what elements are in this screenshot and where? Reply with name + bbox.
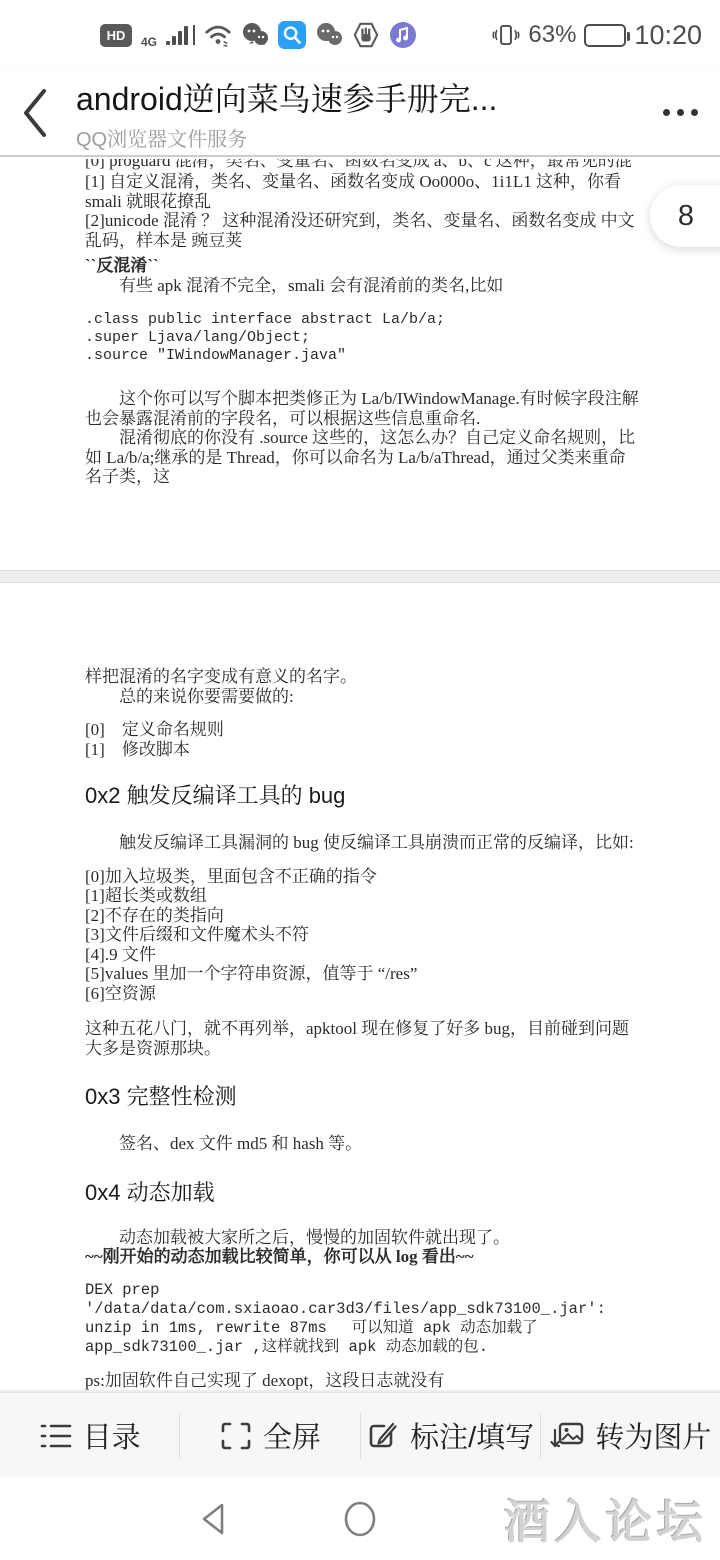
header-texts: android逆向菜鸟速参手册完... QQ浏览器文件服务: [70, 74, 640, 152]
paragraph: 动态加载被大家所之后，慢慢的加固软件就出现了。: [85, 1228, 642, 1248]
chevron-left-icon: [18, 85, 52, 141]
toolbar-annotate-button[interactable]: 标注/填写: [361, 1393, 540, 1478]
toolbar-toc-button[interactable]: 目录: [0, 1393, 179, 1478]
list-item: [3]文件后缀和文件魔术头不符: [85, 925, 642, 945]
applock-hexagon-hand-icon: [352, 21, 380, 49]
clipped-line-top: [0] proguard 混淆，类名、变量名、函数名变成 a、b、c 这种，最常…: [85, 159, 642, 172]
document-page-1: [0] proguard 混淆，类名、变量名、函数名变成 a、b、c 这种，最常…: [0, 155, 720, 570]
status-bar: HD 4G: [0, 0, 720, 70]
battery-percent: 63%: [528, 21, 576, 49]
music-icon: [389, 21, 417, 49]
paragraph: 有些 apk 混淆不完全，smali 会有混淆前的类名,比如: [85, 276, 642, 296]
wechat-icon-2: [315, 21, 343, 49]
list-item: [0]加入垃圾类，里面包含不正确的指令: [85, 867, 642, 887]
paragraph: 这个你可以写个脚本把类修正为 La/b/IWindowManage.有时候字段注…: [85, 389, 642, 428]
dot: [663, 109, 670, 116]
toc-icon: [39, 1420, 73, 1452]
section-heading-0x3: 0x3 完整性检测: [85, 1084, 642, 1110]
paragraph: 总的来说你要需要做的:: [85, 687, 642, 707]
toolbar-fullscreen-button[interactable]: 全屏: [180, 1393, 359, 1478]
paragraph: [1] 自定义混淆，类名、变量名、函数名变成 Oo000o、1i1L1 这种，你…: [85, 172, 642, 211]
battery-icon: [584, 24, 626, 47]
status-bar-right: 63% 10:20: [492, 20, 702, 51]
to-image-icon: [549, 1420, 585, 1452]
nav-home-button[interactable]: [325, 1478, 395, 1560]
qq-browser-icon: [278, 21, 306, 49]
page-gap: [0, 570, 720, 583]
code-line: .class public interface abstract La/b/a;: [85, 311, 642, 329]
status-bar-left: HD 4G: [100, 21, 417, 49]
section-heading-0x4: 0x4 动态加载: [85, 1180, 642, 1206]
phone-screen: HD 4G: [0, 0, 720, 1560]
wifi-icon: [204, 21, 232, 49]
vibrate-icon: [492, 21, 520, 49]
paragraph: 签名、dex 文件 md5 和 hash 等。: [85, 1134, 642, 1154]
code-line: .source "IWindowManager.java": [85, 347, 642, 365]
signal-bars-icon: [166, 25, 195, 45]
paragraph: 混淆彻底的你没有 .source 这些的，这怎么办？自己定义命名规则，比如 La…: [85, 428, 642, 487]
hd-badge: HD: [100, 24, 132, 47]
list-item: [4].9 文件: [85, 945, 642, 965]
page-number: 8: [678, 200, 694, 233]
paragraph: ps:加固软件自己实现了 dexopt，这段日志就没有: [85, 1371, 642, 1391]
list-item: [0] 定义命名规则: [85, 720, 642, 740]
document-viewport[interactable]: [0] proguard 混淆，类名、变量名、函数名变成 a、b、c 这种，最常…: [0, 155, 720, 1392]
dot: [691, 109, 698, 116]
list-item: [6]空资源: [85, 984, 642, 1004]
list-item: [1] 修改脚本: [85, 740, 642, 760]
nav-back-icon: [198, 1501, 228, 1537]
code-line: .super Ljava/lang/Object;: [85, 329, 642, 347]
back-button[interactable]: [0, 78, 70, 148]
toolbar-to-image-button[interactable]: 转为图片: [541, 1393, 720, 1478]
section-heading-0x2: 0x2 触发反编译工具的 bug: [85, 783, 642, 809]
bottom-toolbar: 目录 全屏 标注/填写 转为图片: [0, 1392, 720, 1478]
page-title: android逆向菜鸟速参手册完...: [76, 74, 640, 120]
forum-watermark: 酒入论坛: [504, 1478, 708, 1560]
network-type-label: 4G: [141, 35, 157, 49]
document-page-2: 样把混淆的名字变成有意义的名字。 总的来说你要需要做的: [0] 定义命名规则 …: [0, 583, 720, 1390]
annotate-icon: [366, 1420, 400, 1452]
page-subtitle: QQ浏览器文件服务: [76, 123, 640, 152]
android-navbar: 酒入论坛: [0, 1478, 720, 1560]
dot: [677, 109, 684, 116]
paragraph: 样把混淆的名字变成有意义的名字。: [85, 667, 642, 687]
log-paragraph: DEX prep '/data/data/com.sxiaoao.car3d3/…: [85, 1281, 642, 1357]
clock: 10:20: [634, 20, 702, 51]
list-item: [1]超长类或数组: [85, 886, 642, 906]
list-item: [2]不存在的类指向: [85, 906, 642, 926]
list-item: [5]values 里加一个字符串资源，值等于 “/res”: [85, 964, 642, 984]
paragraph: [2]unicode 混淆 ？ 这种混淆没还研究到，类名、变量名、函数名变成 中…: [85, 211, 642, 250]
paragraph: 触发反编译工具漏洞的 bug 使反编译工具崩溃而正常的反编译，比如:: [85, 833, 642, 853]
nav-home-icon: [341, 1500, 379, 1538]
wechat-icon: [241, 21, 269, 49]
bold-note-line: ~~刚开始的动态加载比较简单，你可以从 log 看出~~: [85, 1247, 642, 1267]
paragraph: 这种五花八门，就不再列举，apktool 现在修复了好多 bug，目前碰到问题大…: [85, 1019, 642, 1058]
header: android逆向菜鸟速参手册完... QQ浏览器文件服务: [0, 70, 720, 155]
nav-back-button[interactable]: [178, 1478, 248, 1560]
inline-heading-deobfuscation: ``反混淆``: [85, 256, 642, 276]
page-number-badge[interactable]: 8: [650, 185, 720, 247]
more-menu-button[interactable]: [640, 78, 720, 148]
fullscreen-icon: [219, 1420, 253, 1452]
